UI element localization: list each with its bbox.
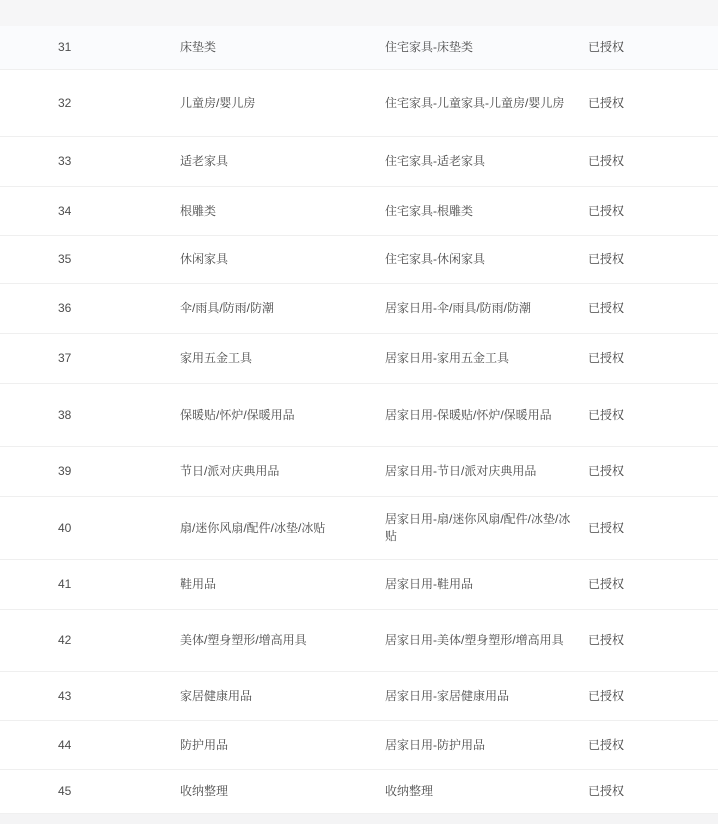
table-row[interactable]: 39 节日/派对庆典用品 居家日用-节日/派对庆典用品 已授权: [0, 447, 718, 497]
category-full-path: 住宅家具-适老家具: [385, 153, 588, 170]
status-badge: 已授权: [588, 688, 718, 705]
row-index: 37: [0, 350, 180, 367]
table-row[interactable]: 37 家用五金工具 居家日用-家用五金工具 已授权: [0, 334, 718, 384]
status-badge: 已授权: [588, 203, 718, 220]
row-index: 44: [0, 737, 180, 754]
row-index: 38: [0, 407, 180, 424]
category-name: 鞋用品: [180, 576, 385, 593]
category-name: 儿童房/婴儿房: [180, 95, 385, 112]
status-badge: 已授权: [588, 407, 718, 424]
category-full-path: 居家日用-鞋用品: [385, 576, 588, 593]
table-row[interactable]: 44 防护用品 居家日用-防护用品 已授权: [0, 721, 718, 770]
category-full-path: 住宅家具-根雕类: [385, 203, 588, 220]
category-name: 节日/派对庆典用品: [180, 463, 385, 480]
category-full-path: 居家日用-保暖贴/怀炉/保暖用品: [385, 407, 588, 424]
table-row[interactable]: 43 家居健康用品 居家日用-家居健康用品 已授权: [0, 672, 718, 721]
row-index: 36: [0, 300, 180, 317]
table-row[interactable]: 41 鞋用品 居家日用-鞋用品 已授权: [0, 560, 718, 610]
category-full-path: 收纳整理: [385, 783, 588, 800]
top-scroll-strip: [0, 0, 718, 26]
category-full-path: 居家日用-美体/塑身塑形/增高用具: [385, 632, 588, 649]
category-full-path: 住宅家具-儿童家具-儿童房/婴儿房: [385, 95, 588, 112]
status-badge: 已授权: [588, 300, 718, 317]
category-name: 美体/塑身塑形/增高用具: [180, 632, 385, 649]
table-row[interactable]: 34 根雕类 住宅家具-根雕类 已授权: [0, 187, 718, 236]
row-index: 34: [0, 203, 180, 220]
category-name: 收纳整理: [180, 783, 385, 800]
table-row[interactable]: 33 适老家具 住宅家具-适老家具 已授权: [0, 137, 718, 187]
table-row[interactable]: 35 休闲家具 住宅家具-休闲家具 已授权: [0, 236, 718, 284]
table-row[interactable]: 31 床垫类 住宅家具-床垫类 已授权: [0, 26, 718, 70]
row-index: 32: [0, 95, 180, 112]
status-badge: 已授权: [588, 576, 718, 593]
category-name: 休闲家具: [180, 251, 385, 268]
category-name: 伞/雨具/防雨/防潮: [180, 300, 385, 317]
category-authorization-table: 31 床垫类 住宅家具-床垫类 已授权 32 儿童房/婴儿房 住宅家具-儿童家具…: [0, 0, 718, 824]
table-row[interactable]: 45 收纳整理 收纳整理 已授权: [0, 770, 718, 814]
category-name: 根雕类: [180, 203, 385, 220]
category-full-path: 居家日用-扇/迷你风扇/配件/冰垫/冰贴: [385, 511, 588, 545]
status-badge: 已授权: [588, 783, 718, 800]
status-badge: 已授权: [588, 251, 718, 268]
category-name: 防护用品: [180, 737, 385, 754]
table-row[interactable]: 38 保暖贴/怀炉/保暖用品 居家日用-保暖贴/怀炉/保暖用品 已授权: [0, 384, 718, 447]
status-badge: 已授权: [588, 632, 718, 649]
table-body: 31 床垫类 住宅家具-床垫类 已授权 32 儿童房/婴儿房 住宅家具-儿童家具…: [0, 26, 718, 814]
category-name: 家居健康用品: [180, 688, 385, 705]
category-name: 床垫类: [180, 39, 385, 56]
status-badge: 已授权: [588, 737, 718, 754]
category-name: 家用五金工具: [180, 350, 385, 367]
table-row[interactable]: 32 儿童房/婴儿房 住宅家具-儿童家具-儿童房/婴儿房 已授权: [0, 70, 718, 137]
status-badge: 已授权: [588, 350, 718, 367]
category-full-path: 住宅家具-休闲家具: [385, 251, 588, 268]
category-name: 保暖贴/怀炉/保暖用品: [180, 407, 385, 424]
category-name: 扇/迷你风扇/配件/冰垫/冰贴: [180, 520, 385, 537]
category-full-path: 居家日用-防护用品: [385, 737, 588, 754]
status-badge: 已授权: [588, 39, 718, 56]
row-index: 45: [0, 783, 180, 800]
table-row[interactable]: 42 美体/塑身塑形/增高用具 居家日用-美体/塑身塑形/增高用具 已授权: [0, 610, 718, 672]
category-full-path: 居家日用-节日/派对庆典用品: [385, 463, 588, 480]
row-index: 41: [0, 576, 180, 593]
row-index: 40: [0, 520, 180, 537]
table-row[interactable]: 40 扇/迷你风扇/配件/冰垫/冰贴 居家日用-扇/迷你风扇/配件/冰垫/冰贴 …: [0, 497, 718, 560]
row-index: 39: [0, 463, 180, 480]
status-badge: 已授权: [588, 520, 718, 537]
status-badge: 已授权: [588, 95, 718, 112]
row-index: 35: [0, 251, 180, 268]
category-full-path: 住宅家具-床垫类: [385, 39, 588, 56]
category-name: 适老家具: [180, 153, 385, 170]
bottom-scroll-strip: [0, 814, 718, 824]
category-full-path: 居家日用-伞/雨具/防雨/防潮: [385, 300, 588, 317]
row-index: 43: [0, 688, 180, 705]
table-row[interactable]: 36 伞/雨具/防雨/防潮 居家日用-伞/雨具/防雨/防潮 已授权: [0, 284, 718, 334]
status-badge: 已授权: [588, 463, 718, 480]
category-full-path: 居家日用-家用五金工具: [385, 350, 588, 367]
category-full-path: 居家日用-家居健康用品: [385, 688, 588, 705]
row-index: 31: [0, 39, 180, 56]
row-index: 42: [0, 632, 180, 649]
status-badge: 已授权: [588, 153, 718, 170]
row-index: 33: [0, 153, 180, 170]
